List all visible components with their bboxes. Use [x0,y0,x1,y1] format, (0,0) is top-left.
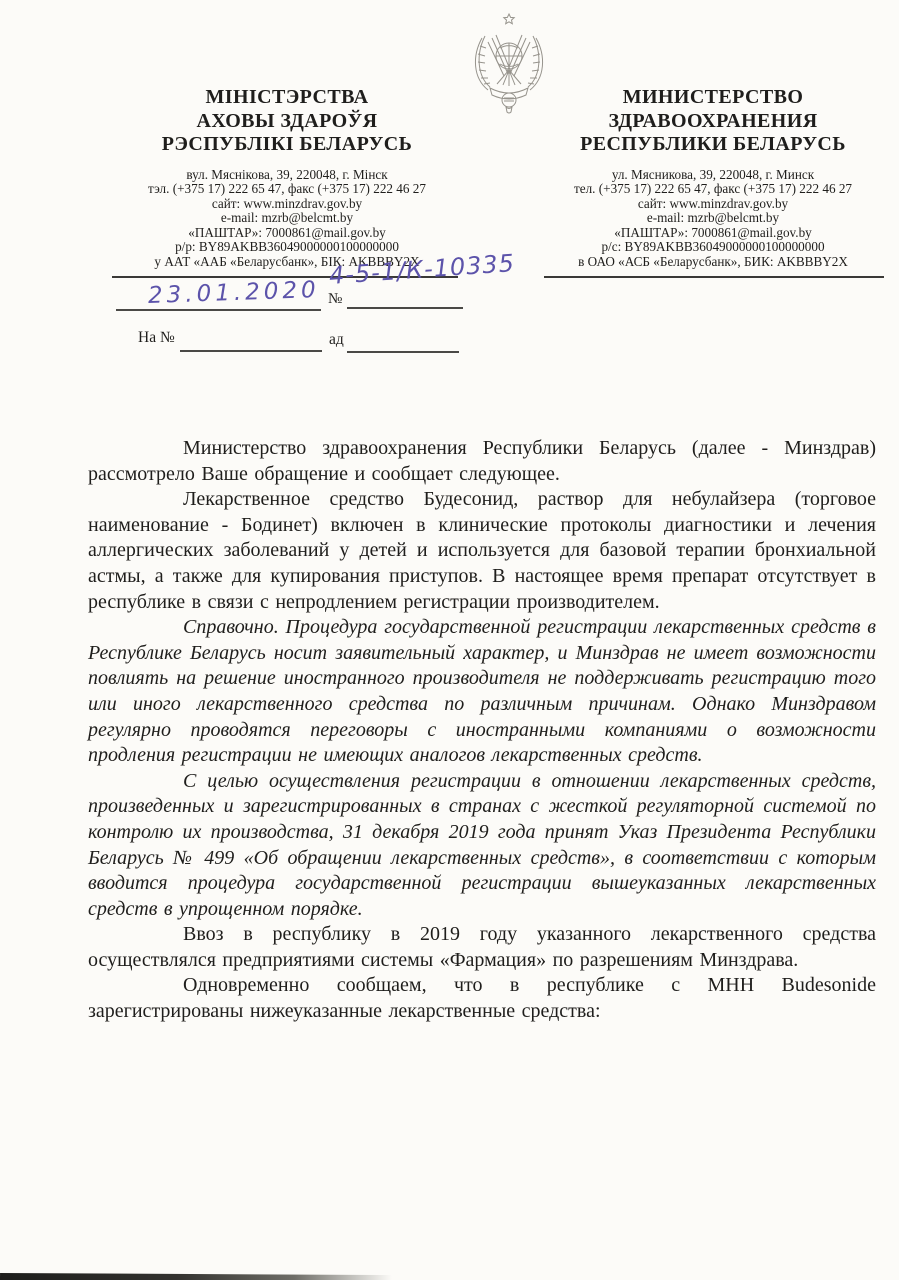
list-item: «ПАШТАР»: 7000861@mail.gov.by [532,226,894,241]
list-item: МІНІСТЭРСТВА [98,86,476,110]
list-item: тэл. (+375 17) 222 65 47, факс (+375 17)… [98,182,476,197]
reply-number-blank-line [180,350,322,352]
list-item: e-mail: mzrb@belcmt.by [98,211,476,226]
letter-paragraph: Ввоз в республику в 2019 году указанного… [88,922,876,973]
header-left-column: МІНІСТЭРСТВААХОВЫ ЗДАРОЎЯРЭСПУБЛІКІ БЕЛА… [98,86,476,269]
handwritten-date: 23.01.2020 [148,277,321,309]
header-divider-right [544,276,884,278]
letter-page: МІНІСТЭРСТВААХОВЫ ЗДАРОЎЯРЭСПУБЛІКІ БЕЛА… [0,0,899,1280]
ministry-address-ru: ул. Мясникова, 39, 220048, г. Минсктел. … [532,168,894,270]
list-item: сайт: www.minzdrav.gov.by [98,197,476,212]
letter-paragraph: С целью осуществления регистрации в отно… [88,769,876,923]
list-item: тел. (+375 17) 222 65 47, факс (+375 17)… [532,182,894,197]
list-item: РЕСПУБЛИКИ БЕЛАРУСЬ [532,133,894,157]
ministry-address-by: вул. Мяснікова, 39, 220048, г. Мінсктэл.… [98,168,476,270]
list-item: ЗДРАВООХРАНЕНИЯ [532,110,894,134]
number-sign-label: № [328,291,342,308]
letter-paragraph: Министерство здравоохранения Республики … [88,436,876,487]
letter-paragraph: Справочно. Процедура государственной рег… [88,615,876,769]
letter-paragraph: Одновременно сообщаем, что в республике … [88,973,876,1024]
scan-edge-artifact [0,1273,392,1280]
list-item: вул. Мяснікова, 39, 220048, г. Мінск [98,168,476,183]
reply-to-number-label: На № [138,329,175,347]
ministry-title-by: МІНІСТЭРСТВААХОВЫ ЗДАРОЎЯРЭСПУБЛІКІ БЕЛА… [98,86,476,157]
reply-date-blank-line [347,351,459,353]
list-item: сайт: www.minzdrav.gov.by [532,197,894,212]
list-item: РЭСПУБЛІКІ БЕЛАРУСЬ [98,133,476,157]
list-item: «ПАШТАР»: 7000861@mail.gov.by [98,226,476,241]
list-item: МИНИСТЕРСТВО [532,86,894,110]
list-item: в ОАО «АСБ «Беларусбанк», БИК: AKBBBY2X [532,255,894,270]
list-item: e-mail: mzrb@belcmt.by [532,211,894,226]
date-blank-line [116,309,321,311]
letter-body: Министерство здравоохранения Республики … [88,436,876,1025]
letter-paragraph: Лекарственное средство Будесонид, раство… [88,487,876,615]
number-blank-line [347,307,463,309]
list-item: ул. Мясникова, 39, 220048, г. Минск [532,168,894,183]
list-item: р/с: BY89AKBB36049000000100000000 [532,240,894,255]
ministry-title-ru: МИНИСТЕРСТВОЗДРАВООХРАНЕНИЯРЕСПУБЛИКИ БЕ… [532,86,894,157]
list-item: АХОВЫ ЗДАРОЎЯ [98,110,476,134]
reply-date-label: ад [329,331,344,349]
header-right-column: МИНИСТЕРСТВОЗДРАВООХРАНЕНИЯРЕСПУБЛИКИ БЕ… [532,86,894,269]
list-item: р/р: BY89AKBB36049000000100000000 [98,240,476,255]
